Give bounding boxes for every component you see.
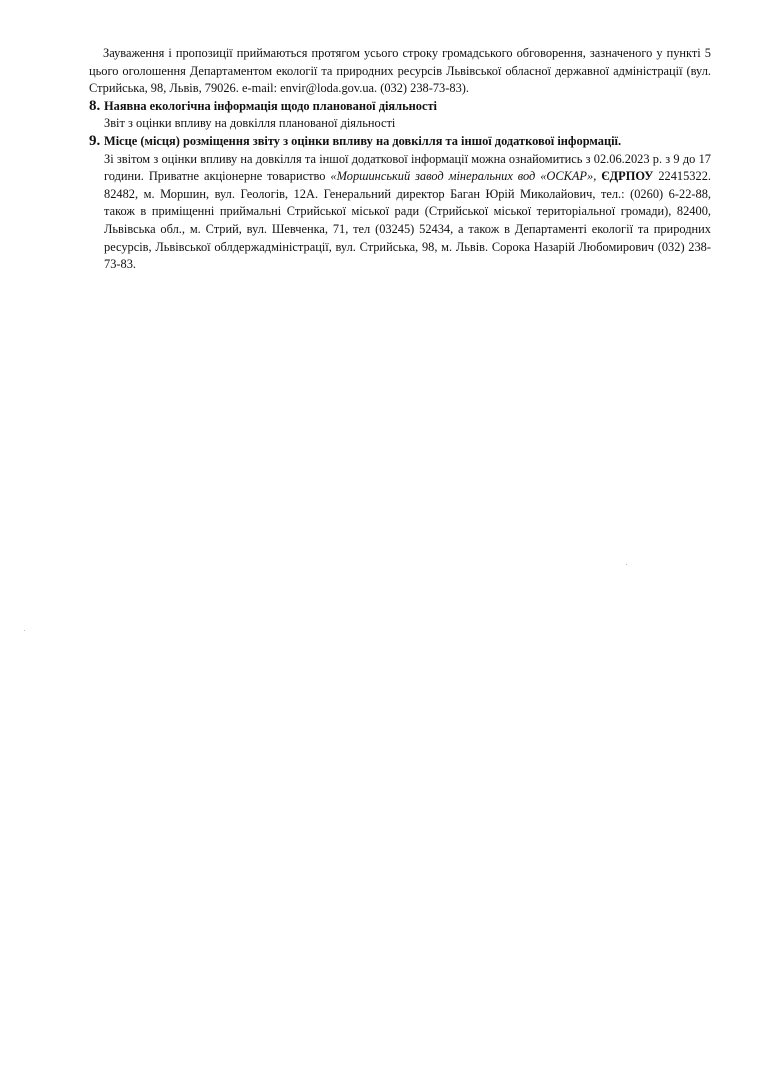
section-8-heading: 8. Наявна екологічна інформація щодо пла… [89,98,711,116]
section-8-body: Звіт з оцінки впливу на довкілля планова… [89,115,711,133]
section-9-body-part2: , [593,169,601,183]
section-9-number: 9. [89,133,104,151]
section-9-body-part3: 22415322. 82482, м. Моршин, вул. Геологі… [104,169,711,271]
intro-paragraph: Зауваження і пропозиції приймаються прот… [89,45,711,98]
section-9-heading: 9. Місце (місця) розміщення звіту з оцін… [89,133,711,151]
edrpou-label: ЄДРПОУ [601,169,653,183]
scan-speck [24,630,25,631]
scan-speck [626,564,627,565]
section-9: 9. Місце (місця) розміщення звіту з оцін… [89,133,711,274]
section-8: 8. Наявна екологічна інформація щодо пла… [89,98,711,133]
section-9-body: Зі звітом з оцінки впливу на довкілля та… [89,151,711,274]
company-name: «Моршинський завод мінеральних вод «ОСКА… [330,169,593,183]
document-page: Зауваження і пропозиції приймаються прот… [89,45,711,274]
section-8-number: 8. [89,98,104,116]
section-9-title: Місце (місця) розміщення звіту з оцінки … [104,133,621,151]
section-8-title: Наявна екологічна інформація щодо планов… [104,98,437,116]
